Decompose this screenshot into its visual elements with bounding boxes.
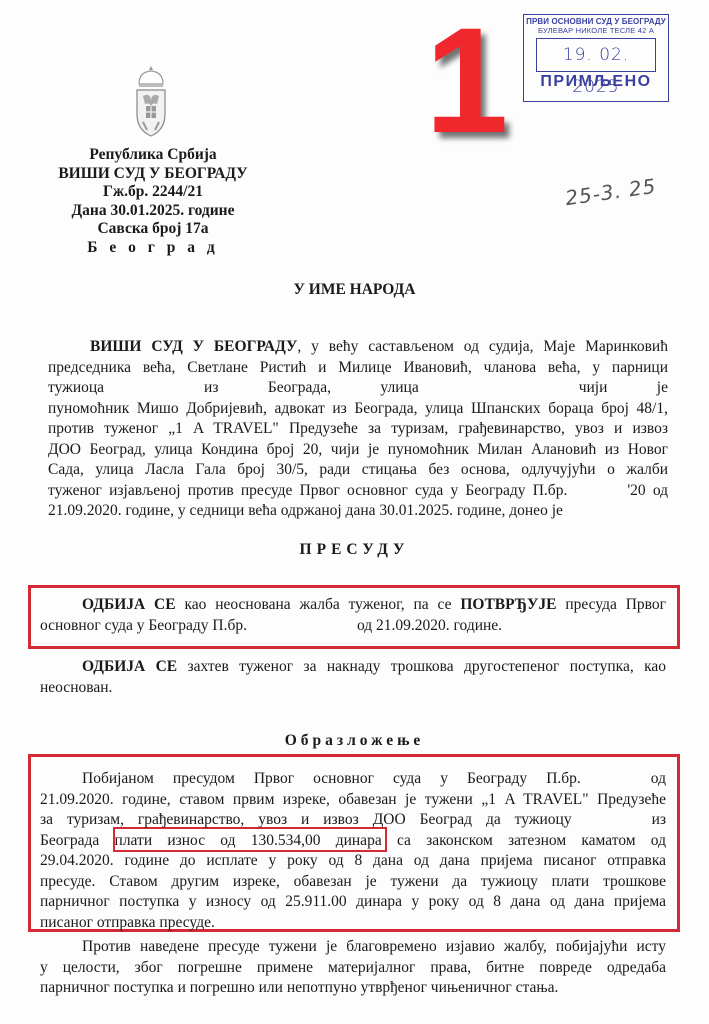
- amount-highlight: плати износ од 130.534,00 динара: [115, 832, 382, 849]
- document-page: Република Србија ВИШИ СУД У БЕОГРАДУ Гж.…: [0, 0, 709, 1024]
- intro-paragraph: ВИШИ СУД У БЕОГРАДУ, у већу састављеном …: [48, 337, 668, 522]
- stamp-status: ПРИМЉЕНО: [524, 73, 668, 91]
- coat-of-arms-icon: [133, 62, 169, 142]
- stamp-address: БУЛЕВАР НИКОЛЕ ТЕСЛЕ 42 А: [524, 26, 668, 35]
- court-name-bold: ВИШИ СУД У БЕОГРАДУ: [90, 338, 297, 355]
- stamp-court: ПРВИ ОСНОВНИ СУД У БЕОГРАДУ: [524, 17, 668, 26]
- court-city: Б е о г р а д: [48, 239, 258, 258]
- title-in-name-of-people: У ИМЕ НАРОДА: [0, 281, 709, 299]
- handwritten-date: 25-3. 25: [564, 174, 658, 211]
- title-verdict: ПРЕСУДУ: [0, 541, 709, 559]
- court-address: Савска број 17а: [48, 220, 258, 239]
- received-stamp: ПРВИ ОСНОВНИ СУД У БЕОГРАДУ БУЛЕВАР НИКО…: [523, 14, 669, 102]
- reasoning-paragraph-1: Побијаном пресудом Првог основног суда у…: [40, 769, 666, 933]
- court-name: ВИШИ СУД У БЕОГРАДУ: [48, 165, 258, 184]
- court-header: Република Србија ВИШИ СУД У БЕОГРАДУ Гж.…: [48, 146, 258, 257]
- verdict-paragraph-2: ОДБИЈА СЕ захтев туженог за накнаду трош…: [40, 657, 666, 698]
- country-name: Република Србија: [48, 146, 258, 165]
- stamp-date: 19. 02. 2025: [536, 38, 656, 72]
- verdict-paragraph-1: ОДБИЈА СЕ као неоснована жалба туженог, …: [40, 595, 666, 636]
- document-date: Дана 30.01.2025. године: [48, 202, 258, 221]
- annotation-number: 1: [425, 5, 508, 155]
- title-reasoning: Образложење: [0, 732, 709, 750]
- reasoning-paragraph-2: Против наведене пресуде тужени је благов…: [40, 937, 666, 999]
- case-number: Гж.бр. 2244/21: [48, 183, 258, 202]
